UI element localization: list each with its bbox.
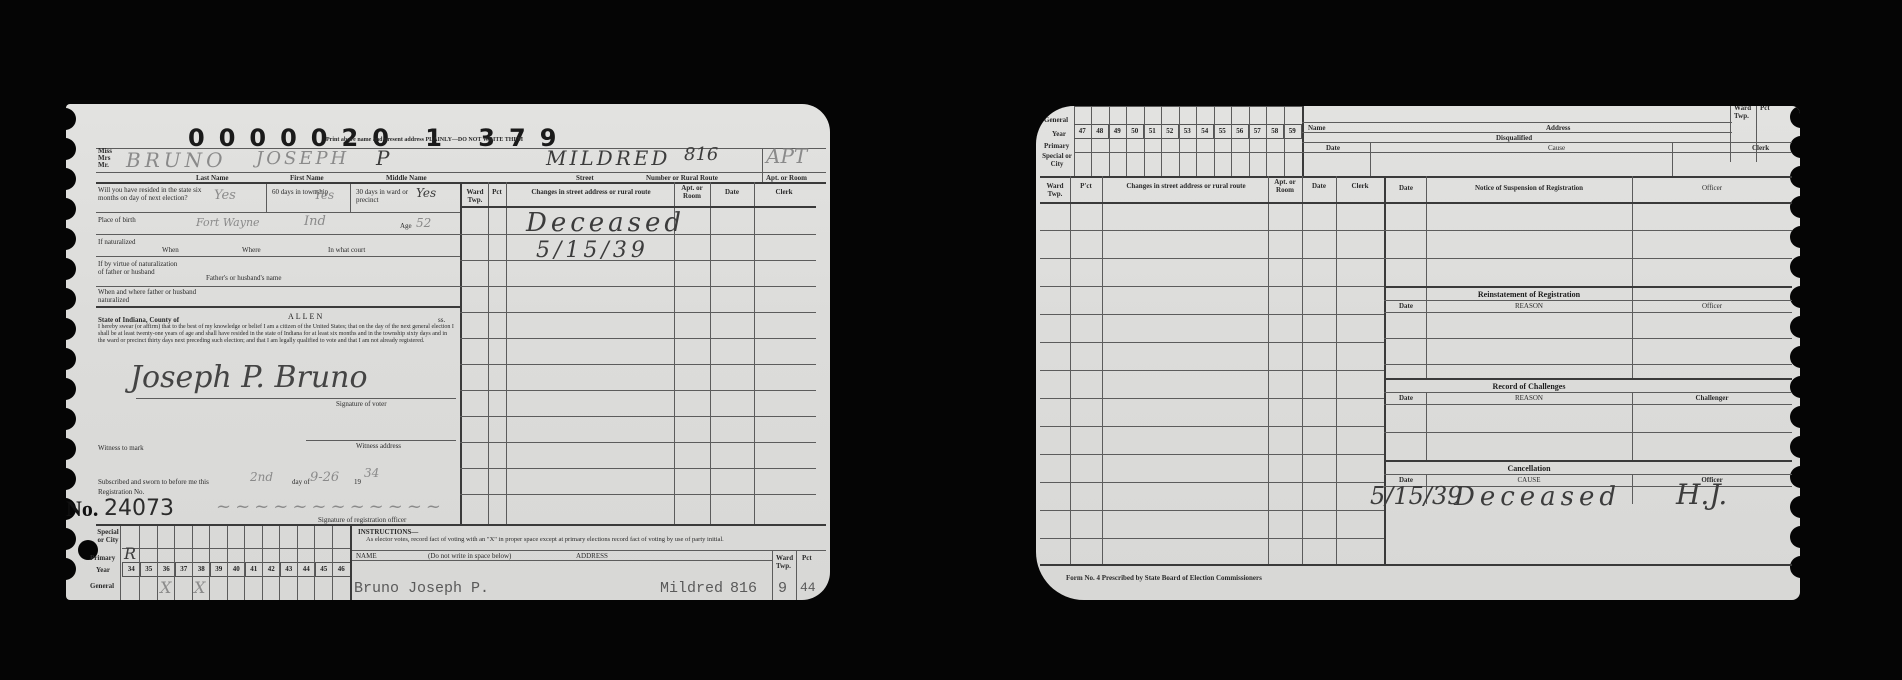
edge-scallop	[1790, 256, 1800, 278]
cancellation-date-value: 5/15/39	[1370, 482, 1463, 510]
naturalized-when-label: When	[162, 246, 179, 254]
house-number-value: 816	[684, 144, 718, 165]
instructions-no-write-label: (Do not write in space below)	[428, 552, 511, 560]
subscribed-text: Subscribed and sworn to before me this	[98, 478, 209, 486]
reinstatement-reason-label: REASON	[1426, 302, 1632, 310]
reinstatement-date-label: Date	[1386, 302, 1426, 310]
title-prefixes: Miss Mrs Mr.	[98, 148, 112, 169]
edge-scallop	[1790, 316, 1800, 338]
disq-ward-label: Ward Twp.	[1734, 106, 1754, 120]
birth-state-value: Ind	[304, 214, 326, 229]
changes-entry-date: 5/15/39	[536, 238, 649, 263]
edge-scallop	[66, 378, 76, 400]
oath-ss: ss.	[438, 316, 445, 324]
edge-scallop	[66, 138, 76, 160]
father-name-label: Father's or husband's name	[206, 274, 281, 282]
challenges-date-label: Date	[1386, 394, 1426, 402]
residency-ward-answer: Yes	[416, 186, 436, 200]
residency-township-answer: Yes	[314, 188, 334, 202]
residency-state-question: Will you have resided in the state six m…	[98, 186, 204, 202]
changes-header-address: Changes in street address or rural route	[508, 188, 674, 196]
challenges-title: Record of Challenges	[1426, 382, 1632, 391]
edge-scallop	[66, 288, 76, 310]
naturalized-where-label: Where	[242, 246, 261, 254]
registration-no-label: Registration No.	[98, 488, 144, 496]
disq-date-label: Date	[1326, 144, 1340, 152]
middle-name-value: P	[376, 146, 389, 170]
street-value: MILDRED	[546, 146, 670, 170]
edge-scallop	[1790, 196, 1800, 218]
back-changes-header-clerk: Clerk	[1336, 182, 1384, 190]
parent-naturalization-label: If by virtue of naturalization of father…	[98, 260, 178, 276]
officer-signature-label: Signature of registration officer	[318, 516, 406, 524]
changes-header-ward: Ward Twp.	[462, 188, 488, 204]
back-voting-label-year: Year	[1052, 130, 1066, 138]
edge-scallop	[1790, 496, 1800, 518]
age-value: 52	[416, 216, 431, 230]
typed-name: Bruno Joseph P.	[354, 580, 489, 597]
back-changes-header-ward: Ward Twp.	[1040, 182, 1070, 198]
changes-header-apt: Apt. or Room	[674, 184, 710, 200]
form-footer: Form No. 4 Prescribed by State Board of …	[1066, 574, 1262, 582]
back-changes-header-date: Date	[1302, 182, 1336, 190]
changes-header-clerk: Clerk	[754, 188, 814, 196]
first-name-value: JOSEPH	[256, 148, 349, 169]
father-naturalized-label: When and where father or husband natural…	[98, 288, 198, 304]
edge-scallop	[66, 198, 76, 220]
edge-scallop	[66, 108, 76, 130]
typed-ward: 9	[778, 580, 787, 597]
last-name-value: BRUNO	[126, 148, 227, 172]
birth-label: Place of birth	[98, 216, 138, 224]
instructions-name-label: NAME	[356, 552, 377, 560]
suspension-title: Notice of Suspension of Registration	[1426, 184, 1632, 192]
birth-place-value: Fort Wayne	[196, 216, 260, 229]
back-voting-label-primary: Primary	[1044, 142, 1069, 150]
reinstatement-officer-label: Officer	[1632, 302, 1792, 310]
registration-card-back: General Year Primary Special or City 47 …	[1036, 106, 1800, 600]
naturalized-label: If naturalized	[98, 238, 142, 246]
voting-label-special: Special or City	[94, 528, 122, 544]
edge-scallop	[1790, 136, 1800, 158]
voting-label-year: Year	[96, 566, 110, 574]
edge-scallop	[66, 528, 76, 550]
registration-card-front: 0000020 1 379 Print above name and prese…	[66, 104, 830, 600]
cancellation-title: Cancellation	[1426, 464, 1632, 473]
edge-scallop	[1790, 106, 1800, 128]
challenges-challenger-label: Challenger	[1632, 394, 1792, 402]
edge-scallop	[66, 348, 76, 370]
middle-name-label: Middle Name	[386, 174, 427, 182]
disq-title: Disqualified	[1496, 134, 1532, 142]
instructions-address-label: ADDRESS	[576, 552, 608, 560]
disq-cause-label: Cause	[1548, 144, 1565, 152]
back-changes-header-pct: P'ct	[1070, 182, 1102, 190]
subscribed-day-label: day of	[292, 478, 310, 486]
changes-header-date: Date	[710, 188, 754, 196]
subscribed-day: 2nd	[250, 470, 273, 484]
general-mark-1938: X	[194, 578, 205, 597]
changes-header-pct: Pct	[488, 188, 506, 196]
typed-pct: 44	[800, 580, 816, 595]
residency-state-answer: Yes	[214, 188, 236, 203]
reinstatement-title: Reinstatement of Registration	[1426, 290, 1632, 299]
instructions-text: As elector votes, record fact of voting …	[366, 536, 786, 543]
typed-street: Mildred	[660, 580, 723, 597]
edge-scallop	[66, 168, 76, 190]
disq-name-label: Name	[1308, 124, 1326, 132]
disq-clerk-label: Clerk	[1752, 144, 1769, 152]
suspension-officer-label: Officer	[1632, 184, 1792, 192]
registration-no-mark: No.	[66, 496, 98, 522]
subscribed-year-prefix: 19	[354, 478, 361, 486]
naturalized-court-label: In what court	[328, 246, 365, 254]
instructions-ward-label: Ward Twp.	[776, 554, 794, 570]
first-name-label: First Name	[290, 174, 324, 182]
oath-county-value: ALLEN	[288, 312, 324, 321]
edge-scallop	[1790, 436, 1800, 458]
oath-state-county: State of Indiana, County of	[98, 316, 179, 324]
edge-scallop	[1790, 526, 1800, 548]
general-mark-1936: X	[160, 578, 171, 597]
instructions-pct-label: Pct	[802, 554, 812, 562]
voting-label-general: General	[90, 582, 114, 590]
subscribed-year: 34	[364, 466, 379, 480]
edge-scallop	[66, 258, 76, 280]
number-label: Number or Rural Route	[646, 174, 718, 182]
edge-scallop	[66, 408, 76, 430]
instructions-title: INSTRUCTIONS—	[358, 528, 418, 536]
last-name-label: Last Name	[196, 174, 228, 182]
edge-scallop	[66, 558, 76, 580]
registration-number: 24073	[104, 496, 174, 521]
disq-address-label: Address	[1546, 124, 1570, 132]
edge-scallop	[66, 438, 76, 460]
officer-signature: ~~~~~~~~~~~~	[216, 496, 445, 517]
witness-label: Witness to mark	[98, 444, 144, 452]
back-changes-header-address: Changes in street address or rural route	[1104, 182, 1268, 190]
suspension-date-label: Date	[1386, 184, 1426, 192]
apt-label: Apt. or Room	[766, 174, 807, 182]
edge-scallop	[66, 318, 76, 340]
header-instruction: Print above name and present address PLA…	[326, 136, 566, 144]
edge-scallop	[1790, 556, 1800, 578]
changes-entry-deceased: Deceased	[526, 208, 685, 238]
back-changes-header-apt: Apt. or Room	[1268, 178, 1302, 194]
witness-address-label: Witness address	[356, 442, 401, 450]
cancellation-cause-value: Deceased	[1454, 482, 1621, 512]
oath-text: I hereby swear (or affirm) that to the b…	[98, 324, 454, 345]
edge-scallop	[66, 228, 76, 250]
voter-signature: Joseph P. Bruno	[130, 360, 368, 395]
back-voting-label-general: General	[1044, 116, 1068, 124]
street-label: Street	[576, 174, 594, 182]
edge-scallop	[1790, 406, 1800, 428]
challenges-reason-label: REASON	[1426, 394, 1632, 402]
apt-value: APT	[766, 144, 807, 168]
age-label: Age	[400, 222, 412, 230]
cancellation-officer-value: H.J.	[1676, 478, 1727, 511]
back-voting-label-special: Special or City	[1042, 152, 1072, 168]
primary-mark-1934: R	[124, 544, 136, 563]
disq-pct-label: Pct	[1760, 106, 1770, 112]
voter-signature-label: Signature of voter	[336, 400, 387, 408]
subscribed-month: 9-26	[310, 470, 339, 485]
typed-number: 816	[730, 580, 757, 597]
edge-scallop	[66, 468, 76, 490]
voting-label-primary: Primary	[90, 554, 115, 562]
